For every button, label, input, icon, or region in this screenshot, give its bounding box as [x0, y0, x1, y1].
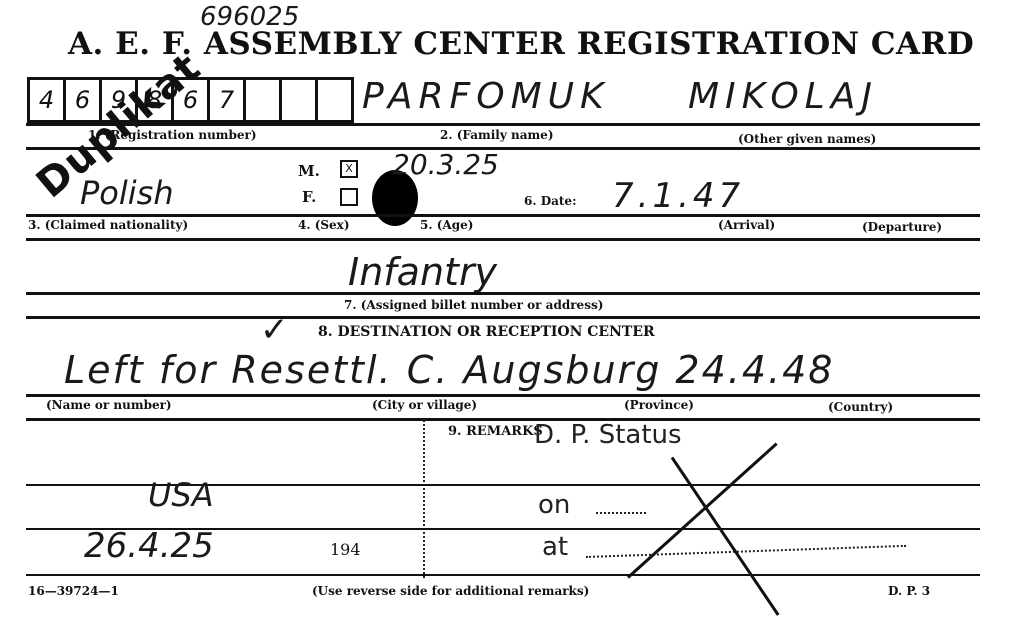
form-code: D. P. 3 [888, 584, 930, 598]
reg-digit [282, 80, 318, 120]
dp-status-on-label: on [538, 490, 570, 520]
reg-digit: 4 [30, 80, 66, 120]
cross-out-stroke [671, 457, 780, 616]
cross-out-stroke [627, 443, 778, 579]
divider [26, 238, 980, 241]
footer-note: (Use reverse side for additional remarks… [312, 584, 589, 598]
divider [26, 292, 980, 295]
destination-value: Left for Resettl. C. Augsburg 24.4.48 [64, 348, 834, 392]
dp-status-at-line [586, 545, 906, 558]
nationality-value: Polish [80, 174, 174, 212]
given-names-label: (Other given names) [738, 132, 876, 146]
family-name-value: PARFOMUK [362, 76, 610, 117]
given-names-value: MIKOLAJ [688, 76, 878, 117]
billet-value: Infantry [348, 250, 497, 294]
sex-m-label: M. [298, 162, 320, 180]
registration-card: 696025 A. E. F. ASSEMBLY CENTER REGISTRA… [0, 0, 1024, 623]
card-title: A. E. F. ASSEMBLY CENTER REGISTRATION CA… [68, 26, 974, 62]
divider [26, 123, 980, 126]
remarks-country-value: USA [148, 476, 214, 514]
divider [26, 574, 980, 576]
date-label: 6. Date: [524, 194, 577, 208]
dp-status-at-label: at [542, 532, 568, 562]
age-label: 5. (Age) [420, 218, 473, 232]
family-name-label: 2. (Family name) [440, 128, 554, 142]
reg-digit [246, 80, 282, 120]
remarks-year-prefix: 194 [330, 540, 361, 559]
divider [26, 316, 980, 319]
reg-digit [318, 80, 351, 120]
arrival-label: (Arrival) [718, 218, 775, 232]
divider [26, 418, 980, 421]
divider [26, 394, 980, 397]
remarks-date-value: 26.4.25 [84, 526, 214, 566]
checkmark-icon: ✓ [260, 310, 289, 350]
divider [26, 214, 980, 217]
destination-city-label: (City or village) [372, 398, 477, 412]
destination-country-label: (Country) [828, 400, 893, 414]
reg-digit: 7 [210, 80, 246, 120]
form-number: 16—39724—1 [28, 584, 119, 598]
departure-label: (Departure) [862, 220, 942, 234]
dp-status-text: D. P. Status [534, 420, 682, 450]
sex-label: 4. (Sex) [298, 218, 350, 232]
remarks-divider [423, 420, 425, 578]
sex-f-checkbox[interactable] [340, 188, 358, 206]
destination-label: 8. DESTINATION OR RECEPTION CENTER [318, 324, 655, 340]
destination-province-label: (Province) [624, 398, 694, 412]
destination-name-label: (Name or number) [46, 398, 172, 412]
dp-status-on-line [596, 512, 646, 514]
remarks-label: 9. REMARKS [448, 424, 543, 439]
age-value: 20.3.25 [392, 148, 499, 181]
arrival-date-value: 7.1.47 [612, 176, 744, 216]
divider [26, 147, 980, 150]
sex-m-checkbox[interactable]: X [340, 160, 358, 178]
sex-f-label: F. [302, 188, 316, 206]
nationality-label: 3. (Claimed nationality) [28, 218, 188, 232]
billet-label: 7. (Assigned billet number or address) [344, 298, 603, 312]
